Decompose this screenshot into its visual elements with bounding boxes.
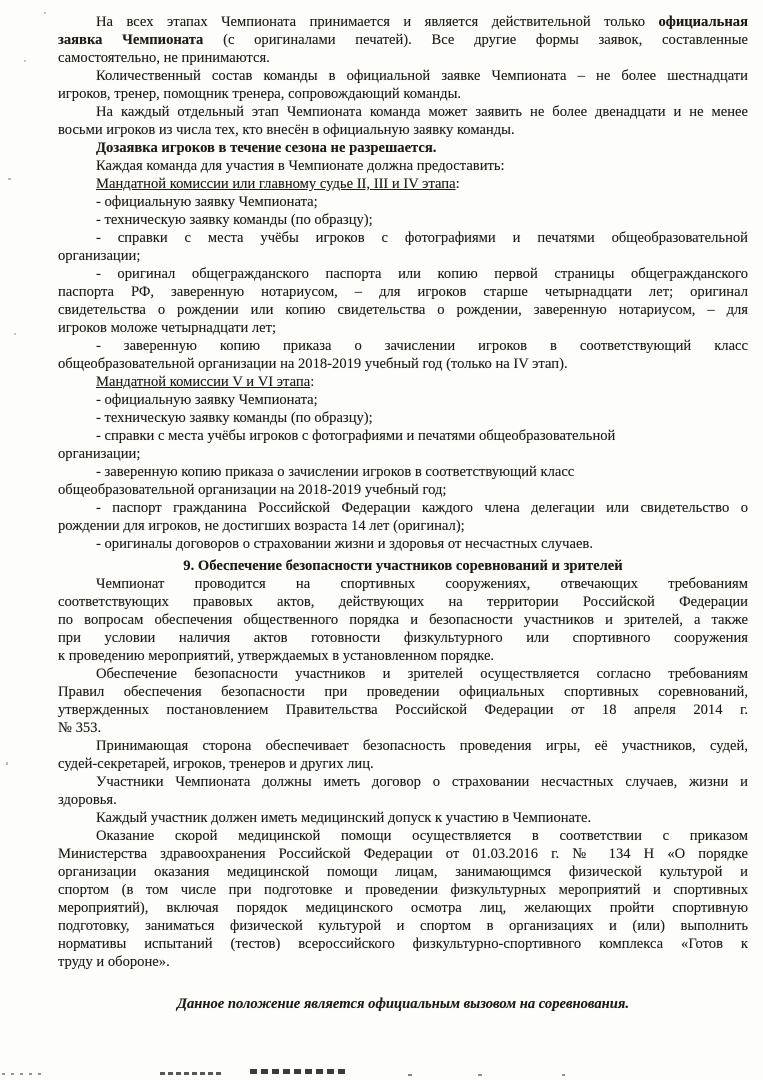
- text-line: здоровья.: [58, 791, 748, 809]
- text-line: утвержденных постановлением Правительств…: [58, 701, 748, 719]
- subheading-commission-stages-5-6: Мандатной комиссии V и VI этапа:: [58, 373, 748, 391]
- text-line: Принимающая сторона обеспечивает безопас…: [58, 737, 748, 755]
- paragraph-team-size: Количественный состав команды в официаль…: [58, 67, 748, 103]
- scan-speck: [408, 1074, 412, 1076]
- list-item: - официальную заявку Чемпионата;: [58, 193, 748, 211]
- section-9-heading: 9. Обеспечение безопасности участников с…: [58, 557, 748, 575]
- text-line: рождении для игроков, не достигших возра…: [58, 517, 748, 535]
- subheading-commission-stages-2-4: Мандатной комиссии или главному судье II…: [58, 175, 748, 193]
- scan-speck: [478, 1074, 482, 1076]
- paragraph-must-provide: Каждая команда для участия в Чемпионате …: [58, 157, 748, 175]
- scan-speck: [6, 762, 8, 765]
- paragraph-stage-roster: На каждый отдельный этап Чемпионата кома…: [58, 103, 748, 139]
- underlined-heading-text: Мандатной комиссии или главному судье II…: [96, 176, 456, 192]
- text-line: - справки с места учёбы игроков с фотогр…: [58, 427, 748, 445]
- list-item: - справки с места учёбы игроков с фотогр…: [58, 229, 748, 265]
- text-line: организации;: [58, 445, 748, 463]
- scan-speck: [44, 12, 46, 14]
- list-item: - паспорт гражданина Российской Федераци…: [58, 499, 748, 535]
- list-item: - заверенную копию приказа о зачислении …: [58, 337, 748, 373]
- list-item: - техническую заявку команды (по образцу…: [58, 211, 748, 229]
- official-invitation-note: Данное положение является официальным вы…: [58, 995, 748, 1013]
- text-line: общеобразовательной организации на 2018-…: [58, 355, 748, 373]
- scan-smudge: [160, 1072, 224, 1075]
- text-line: игроков, тренер, помощник тренера, сопро…: [58, 85, 748, 103]
- heading-colon: :: [456, 176, 460, 192]
- list-item: - заверенную копию приказа о зачислении …: [58, 463, 748, 499]
- paragraph-venues: Чемпионат проводится на спортивных соору…: [58, 575, 748, 665]
- scanned-document-page: На всех этапах Чемпионата принимается и …: [0, 0, 763, 1080]
- text-segment: (с оригиналами печатей). Все другие форм…: [223, 32, 748, 48]
- text-line: Участники Чемпионата должны иметь догово…: [58, 773, 748, 791]
- text-line: Правил обеспечения безопасности при пров…: [58, 683, 748, 701]
- text-line: Чемпионат проводится на спортивных соору…: [58, 575, 748, 593]
- text-line: самостоятельно, не принимаются.: [58, 49, 748, 67]
- paragraph-host-responsibility: Принимающая сторона обеспечивает безопас…: [58, 737, 748, 773]
- text-line: - справки с места учёбы игроков с фотогр…: [58, 229, 748, 247]
- paragraph-medical-aid: Оказание скорой медицинской помощи осуще…: [58, 827, 748, 971]
- text-line: паспорта РФ, заверенную нотариусом, – дл…: [58, 283, 748, 301]
- text-line: к проведению мероприятий, утверждаемых в…: [58, 647, 748, 665]
- text-segment: На всех этапах Чемпионата принимается и …: [96, 14, 658, 30]
- text-line: подготовку, заниматься физической культу…: [58, 917, 748, 935]
- paragraph-safety-rules: Обеспечение безопасности участников и зр…: [58, 665, 748, 737]
- text-line: - заверенную копию приказа о зачислении …: [58, 463, 748, 481]
- list-item: - оригинал общегражданского паспорта или…: [58, 265, 748, 337]
- text-line: при условии наличия актов готовности физ…: [58, 629, 748, 647]
- text-line: организации оказания медицинской помощи …: [58, 863, 748, 881]
- text-line: спортом (в том числе при подготовке и пр…: [58, 881, 748, 899]
- text-line: - заверенную копию приказа о зачислении …: [58, 337, 748, 355]
- scan-speck: [562, 1074, 565, 1076]
- text-line: общеобразовательной организации на 2018-…: [58, 481, 748, 499]
- text-line: Количественный состав команды в официаль…: [58, 67, 748, 85]
- scan-smudge: [2, 1073, 42, 1075]
- scan-speck: [14, 333, 16, 335]
- text-line: № 353.: [58, 719, 748, 737]
- list-item: - официальную заявку Чемпионата;: [58, 391, 748, 409]
- list-item: - справки с места учёбы игроков с фотогр…: [58, 427, 748, 463]
- text-segment-bold: официальная: [658, 14, 748, 30]
- scan-smudge: [250, 1069, 346, 1074]
- list-item: - техническую заявку команды (по образцу…: [58, 409, 748, 427]
- paragraph-no-late-entry: Дозаявка игроков в течение сезона не раз…: [58, 139, 748, 157]
- text-line: труду и обороне».: [58, 953, 748, 971]
- text-line: соответствующих правовых актов, действую…: [58, 593, 748, 611]
- text-line: судей-секретарей, игроков, тренеров и др…: [58, 755, 748, 773]
- text-segment-bold: заявка Чемпионата: [58, 32, 223, 48]
- text-line: На каждый отдельный этап Чемпионата кома…: [58, 103, 748, 121]
- text-line: заявка Чемпионата (с оригиналами печатей…: [58, 31, 748, 49]
- text-line: - паспорт гражданина Российской Федераци…: [58, 499, 748, 517]
- heading-colon: :: [310, 374, 314, 390]
- paragraph-medical-clearance: Каждый участник должен иметь медицинский…: [58, 809, 748, 827]
- text-line: На всех этапах Чемпионата принимается и …: [58, 13, 748, 31]
- text-line: организации;: [58, 247, 748, 265]
- scan-speck: [8, 178, 11, 180]
- text-line: восьми игроков из числа тех, кто внесён …: [58, 121, 748, 139]
- text-line: Оказание скорой медицинской помощи осуще…: [58, 827, 748, 845]
- scan-speck: [24, 60, 26, 62]
- text-line: Обеспечение безопасности участников и зр…: [58, 665, 748, 683]
- text-line: мероприятий), включая порядок медицинско…: [58, 899, 748, 917]
- paragraph-insurance: Участники Чемпионата должны иметь догово…: [58, 773, 748, 809]
- text-line: по вопросам обеспечения общественного по…: [58, 611, 748, 629]
- text-line: - оригинал общегражданского паспорта или…: [58, 265, 748, 283]
- underlined-heading-text: Мандатной комиссии V и VI этапа: [96, 374, 310, 390]
- paragraph-official-entry: На всех этапах Чемпионата принимается и …: [58, 13, 748, 67]
- text-line: нормативы испытаний (тестов) всероссийск…: [58, 935, 748, 953]
- text-line: Министерства здравоохранения Российской …: [58, 845, 748, 863]
- text-line: свидетельства о рождении или копию свиде…: [58, 301, 748, 319]
- text-line: игроков моложе четырнадцати лет;: [58, 319, 748, 337]
- list-item: - оригиналы договоров о страховании жизн…: [58, 535, 748, 553]
- document-text: На всех этапах Чемпионата принимается и …: [58, 13, 748, 1013]
